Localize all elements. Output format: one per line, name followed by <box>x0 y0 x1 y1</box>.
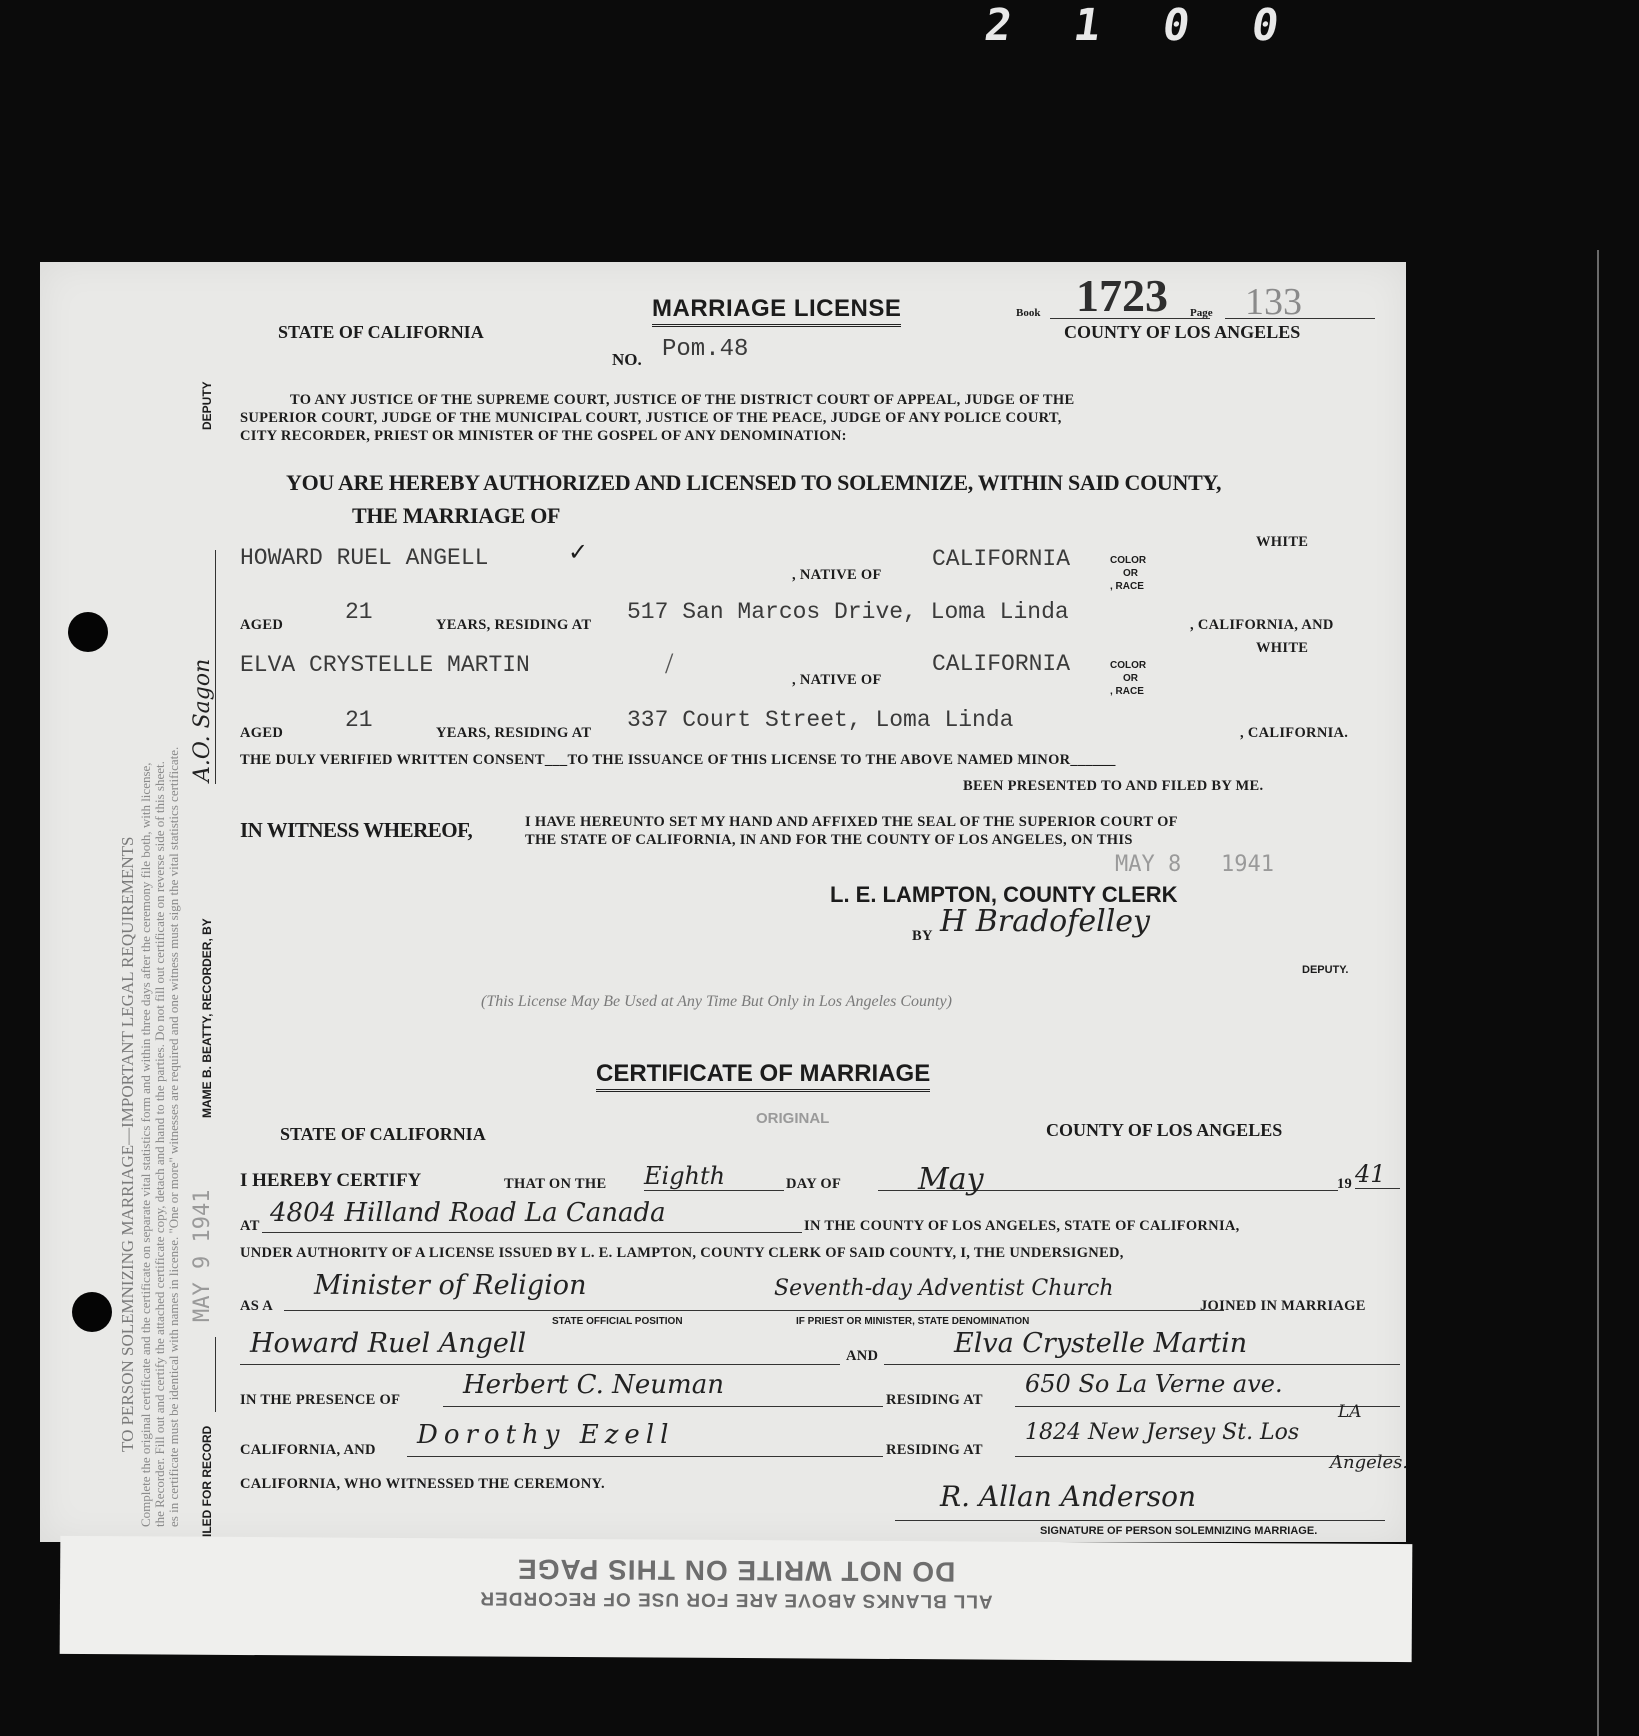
groom-race-label: , RACE <box>1110 581 1144 592</box>
authority-text: UNDER AUTHORITY OF A LICENSE ISSUED BY L… <box>240 1245 1124 1262</box>
bride-aged-label: AGED <box>240 725 283 742</box>
witness2-name: Dorothy Ezell <box>407 1420 674 1450</box>
certificate-county: COUNTY OF LOS ANGELES <box>1046 1120 1282 1141</box>
deputy-signature: H Bradofelley <box>940 904 1150 939</box>
groom-race: WHITE <box>1256 534 1308 551</box>
copy-label: ORIGINAL <box>756 1110 829 1127</box>
punch-hole-icon <box>72 1292 112 1332</box>
joined-label: JOINED IN MARRIAGE <box>1200 1298 1366 1315</box>
groom-color-label: COLOR <box>1110 555 1146 566</box>
as-a-label: AS A <box>240 1298 273 1315</box>
witness1-residing-label: RESIDING AT <box>886 1392 983 1409</box>
groom-or-label: OR <box>1123 568 1138 579</box>
day-value: Eighth <box>644 1162 725 1190</box>
license-no-label: NO. <box>612 350 642 370</box>
book-number: 1723 <box>1076 269 1168 322</box>
groom-native-of-label: , NATIVE OF <box>792 567 882 584</box>
certificate-title: CERTIFICATE OF MARRIAGE <box>596 1060 930 1092</box>
bride-name: ELVA CRYSTELLE MARTIN <box>240 652 530 678</box>
bride-signature-field: Elva Crystelle Martin <box>884 1328 1400 1365</box>
day-field: Eighth <box>644 1162 784 1191</box>
bride-color-label: COLOR <box>1110 660 1146 671</box>
bride-signature: Elva Crystelle Martin <box>884 1328 1247 1359</box>
bride-residing-label: YEARS, RESIDING AT <box>436 725 591 742</box>
recorder-label: MAME B. BEATTY, RECORDER, BY <box>200 918 214 1118</box>
groom-name: HOWARD RUEL ANGELL <box>240 545 488 571</box>
witness1-address: 650 So La Verne ave. <box>1015 1370 1283 1398</box>
margin-instruction-3: es in certificate must be identical with… <box>166 747 182 1527</box>
by-label: BY <box>912 928 933 945</box>
california-and-label: , CALIFORNIA, AND <box>1190 617 1334 634</box>
signature-caption: SIGNATURE OF PERSON SOLEMNIZING MARRIAGE… <box>1040 1525 1317 1537</box>
bride-check-mark: / <box>665 647 673 681</box>
validity-note: (This License May Be Used at Any Time Bu… <box>481 993 952 1011</box>
page-number: 133 <box>1245 280 1302 324</box>
denomination-caption: IF PRIEST OR MINISTER, STATE DENOMINATIO… <box>796 1316 1029 1327</box>
witness-text-1: I HAVE HEREUNTO SET MY HAND AND AFFIXED … <box>525 814 1178 831</box>
witness2-address: 1824 New Jersey St. Los <box>1015 1420 1299 1445</box>
document-page: TO PERSON SOLEMNIZING MARRIAGE—IMPORTANT… <box>40 262 1406 1542</box>
marriage-of-label: THE MARRIAGE OF <box>352 503 560 529</box>
address-line-1: TO ANY JUSTICE OF THE SUPREME COURT, JUS… <box>290 392 1074 409</box>
punch-hole-icon <box>68 612 108 652</box>
bride-race: WHITE <box>1256 640 1308 657</box>
recorder-deputy-signature: A.O. Sagon <box>190 659 215 782</box>
filed-date-stamp: MAY 9 1941 <box>190 1190 215 1322</box>
presence-label: IN THE PRESENCE OF <box>240 1392 400 1409</box>
witness-heading: IN WITNESS WHEREOF, <box>240 818 472 843</box>
groom-check-mark: ✓ <box>568 538 588 567</box>
bride-or-label: OR <box>1123 673 1138 684</box>
place-field: 4804 Hilland Road La Canada <box>262 1198 802 1233</box>
groom-native-of: CALIFORNIA <box>932 546 1070 572</box>
groom-residing-label: YEARS, RESIDING AT <box>436 617 591 634</box>
place-value: 4804 Hilland Road La Canada <box>262 1198 666 1228</box>
certify-label: I HEREBY CERTIFY <box>240 1170 421 1192</box>
witness2-name-field: Dorothy Ezell <box>407 1420 883 1457</box>
position-field: Minister of Religion Seventh-day Adventi… <box>284 1270 1224 1311</box>
in-county-text: IN THE COUNTY OF LOS ANGELES, STATE OF C… <box>804 1218 1240 1235</box>
authorized-line: YOU ARE HEREBY AUTHORIZED AND LICENSED T… <box>286 470 1221 496</box>
witnessed-line: CALIFORNIA, WHO WITNESSED THE CEREMONY. <box>240 1476 605 1493</box>
license-title: MARRIAGE LICENSE <box>652 295 901 327</box>
address-line-3: CITY RECORDER, PRIEST OR MINISTER OF THE… <box>240 428 847 445</box>
presented-line: BEEN PRESENTED TO AND FILED BY ME. <box>963 778 1263 795</box>
license-state: STATE OF CALIFORNIA <box>278 322 484 343</box>
bride-age: 21 <box>345 707 373 733</box>
issue-date-stamp: MAY 8 1941 <box>1115 852 1274 877</box>
margin-heading: TO PERSON SOLEMNIZING MARRIAGE—IMPORTANT… <box>118 837 138 1452</box>
bottom-flap: ALL BLANKS ABOVE ARE FOR USE OF RECORDER… <box>60 1536 1413 1662</box>
bride-race-label: , RACE <box>1110 686 1144 697</box>
recorder-line-2 <box>215 550 216 650</box>
address-line-2: SUPERIOR COURT, JUDGE OF THE MUNICIPAL C… <box>240 410 1062 427</box>
month-value: May <box>878 1162 984 1197</box>
witness2-address-cont: Angeles. <box>1330 1452 1408 1473</box>
groom-aged-label: AGED <box>240 617 283 634</box>
denomination-value: Seventh-day Adventist Church <box>774 1276 1114 1301</box>
and-label: AND <box>846 1348 878 1365</box>
position-value: Minister of Religion <box>284 1270 586 1301</box>
recorder-deputy-label: DEPUTY <box>200 381 214 430</box>
witness1-name-field: Herbert C. Neuman <box>443 1370 883 1407</box>
year-prefix: 19 <box>1337 1176 1352 1193</box>
license-county: COUNTY OF LOS ANGELES <box>1064 322 1300 343</box>
officiant-signature-line <box>895 1520 1385 1521</box>
bride-residence: 337 Court Street, Loma Linda <box>627 707 1013 733</box>
day-of-label: DAY OF <box>786 1176 841 1193</box>
certificate-state: STATE OF CALIFORNIA <box>280 1124 486 1145</box>
book-label: Book <box>1016 307 1040 319</box>
consent-line: THE DULY VERIFIED WRITTEN CONSENT___TO T… <box>240 752 1116 769</box>
officiant-signature: R. Allan Anderson <box>940 1480 1196 1513</box>
film-edge-line <box>1597 250 1599 1736</box>
filed-for-record-line <box>215 1337 216 1412</box>
california-end-label: , CALIFORNIA. <box>1240 725 1348 742</box>
at-label: AT <box>240 1218 260 1235</box>
groom-age: 21 <box>345 599 373 625</box>
page-label: Page <box>1190 307 1213 319</box>
position-caption: STATE OFFICIAL POSITION <box>552 1316 683 1327</box>
groom-signature: Howard Ruel Angell <box>240 1328 526 1359</box>
groom-signature-field: Howard Ruel Angell <box>240 1328 840 1365</box>
witness1-address-note: LA <box>1338 1402 1362 1422</box>
bride-native-of-label: , NATIVE OF <box>792 672 882 689</box>
year-value: 41 <box>1355 1160 1400 1189</box>
recorder-line <box>215 649 216 784</box>
witness2-residing-label: RESIDING AT <box>886 1442 983 1459</box>
filed-for-record-label: ILED FOR RECORD <box>200 1426 214 1537</box>
bride-native-of: CALIFORNIA <box>932 651 1070 677</box>
license-number: Pom.48 <box>662 336 748 363</box>
groom-residence: 517 San Marcos Drive, Loma Linda <box>627 599 1069 625</box>
deputy-label: DEPUTY. <box>1302 964 1348 976</box>
witness1-name: Herbert C. Neuman <box>443 1370 724 1400</box>
frame-counter: 2 1 0 0 <box>981 0 1300 51</box>
month-field: May <box>878 1162 1338 1191</box>
california-and-witness-label: CALIFORNIA, AND <box>240 1442 376 1459</box>
witness-text-2: THE STATE OF CALIFORNIA, IN AND FOR THE … <box>525 832 1133 849</box>
that-on-the-label: THAT ON THE <box>504 1176 606 1193</box>
